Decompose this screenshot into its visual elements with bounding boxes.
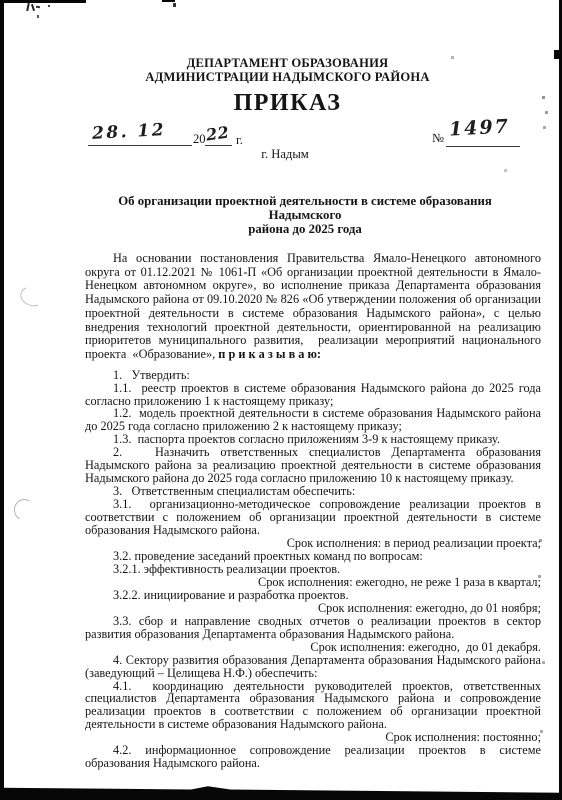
scan-smudge-lower (12, 497, 38, 524)
pen-mark (31, 4, 35, 11)
pen-mark (48, 5, 50, 7)
scanned-order-page: ДЕПАРТАМЕНТ ОБРАЗОВАНИЯ АДМИНИСТРАЦИИ НА… (0, 0, 562, 800)
order-title-line1: Об организации проектной деятельности в … (85, 194, 525, 222)
year-prefix-label: 20 (193, 133, 206, 146)
order-item: 4.1. координацию деятельности руководите… (85, 680, 541, 732)
scan-smudge-upper (17, 283, 46, 309)
order-item: 3.2.2. инициирование и разработка проект… (85, 589, 541, 602)
document-header: ДЕПАРТАМЕНТ ОБРАЗОВАНИЯ АДМИНИСТРАЦИИ НА… (60, 57, 515, 115)
order-item: 1.1. реестр проектов в системе образован… (85, 382, 541, 408)
document-type-heading: ПРИКАЗ (60, 91, 515, 115)
handwritten-order-number: 1497 (448, 115, 510, 140)
pen-mark (173, 3, 176, 7)
scan-edge-top-dash (162, 0, 175, 2)
order-title-line2: района до 2025 года (85, 222, 525, 236)
order-title: Об организации проектной деятельности в … (85, 194, 525, 237)
order-items: 1. Утвердить:1.1. реестр проектов в сист… (85, 369, 541, 771)
order-item: 2. Назначить ответственных специалистов … (85, 446, 541, 485)
scan-edge-right-notch (554, 50, 560, 59)
order-body: На основании постановления Правительства… (85, 252, 541, 770)
handwritten-date: 28. 12 (92, 120, 167, 144)
scan-edge-top (0, 0, 86, 3)
pen-mark (37, 15, 39, 18)
year-suffix-label: г. (236, 134, 243, 147)
scan-edge-left (0, 0, 4, 800)
order-item: 1.2. модель проектной деятельности в сис… (85, 407, 541, 433)
date-underline (88, 145, 192, 146)
pen-mark (26, 3, 30, 11)
order-item: 3.2.1. эффективность реализации проектов… (85, 563, 541, 576)
org-name-line2: АДМИНИСТРАЦИИ НАДЫМСКОГО РАЙОНА (60, 71, 515, 85)
year-underline (205, 145, 232, 146)
order-item: 4.2. информационное сопровождение реализ… (85, 744, 541, 770)
order-item: 3.1. организационно-методическое сопрово… (85, 498, 541, 537)
scan-specks (0, 0, 1, 1)
handwritten-year: 22 (205, 122, 231, 144)
number-sign-label: № (432, 132, 444, 145)
order-item: 4. Сектору развития образования Департам… (85, 654, 541, 680)
decree-word: п р и к а з ы в а ю: (218, 347, 321, 361)
preamble-paragraph: На основании постановления Правительства… (85, 252, 541, 362)
preamble-text: На основании постановления Правительства… (85, 251, 541, 361)
order-item: 3.3. сбор и направление сводных отчетов … (85, 615, 541, 641)
pen-mark (36, 6, 40, 9)
org-name-line1: ДЕПАРТАМЕНТ ОБРАЗОВАНИЯ (60, 57, 515, 71)
deadline-line: Срок исполнения: ежегодно, до 01 ноября; (85, 602, 541, 615)
scan-edge-bottom (0, 785, 562, 800)
order-item: 3.2. проведение заседаний проектных кома… (85, 550, 541, 563)
order-item: 1. Утвердить: (85, 369, 541, 382)
deadline-line: Срок исполнения: ежегодно, до 01 декабря… (85, 641, 541, 654)
deadline-line: Срок исполнения: ежегодно, не реже 1 раз… (85, 576, 541, 589)
place-line: г. Надым (245, 147, 325, 162)
number-underline (446, 146, 520, 147)
